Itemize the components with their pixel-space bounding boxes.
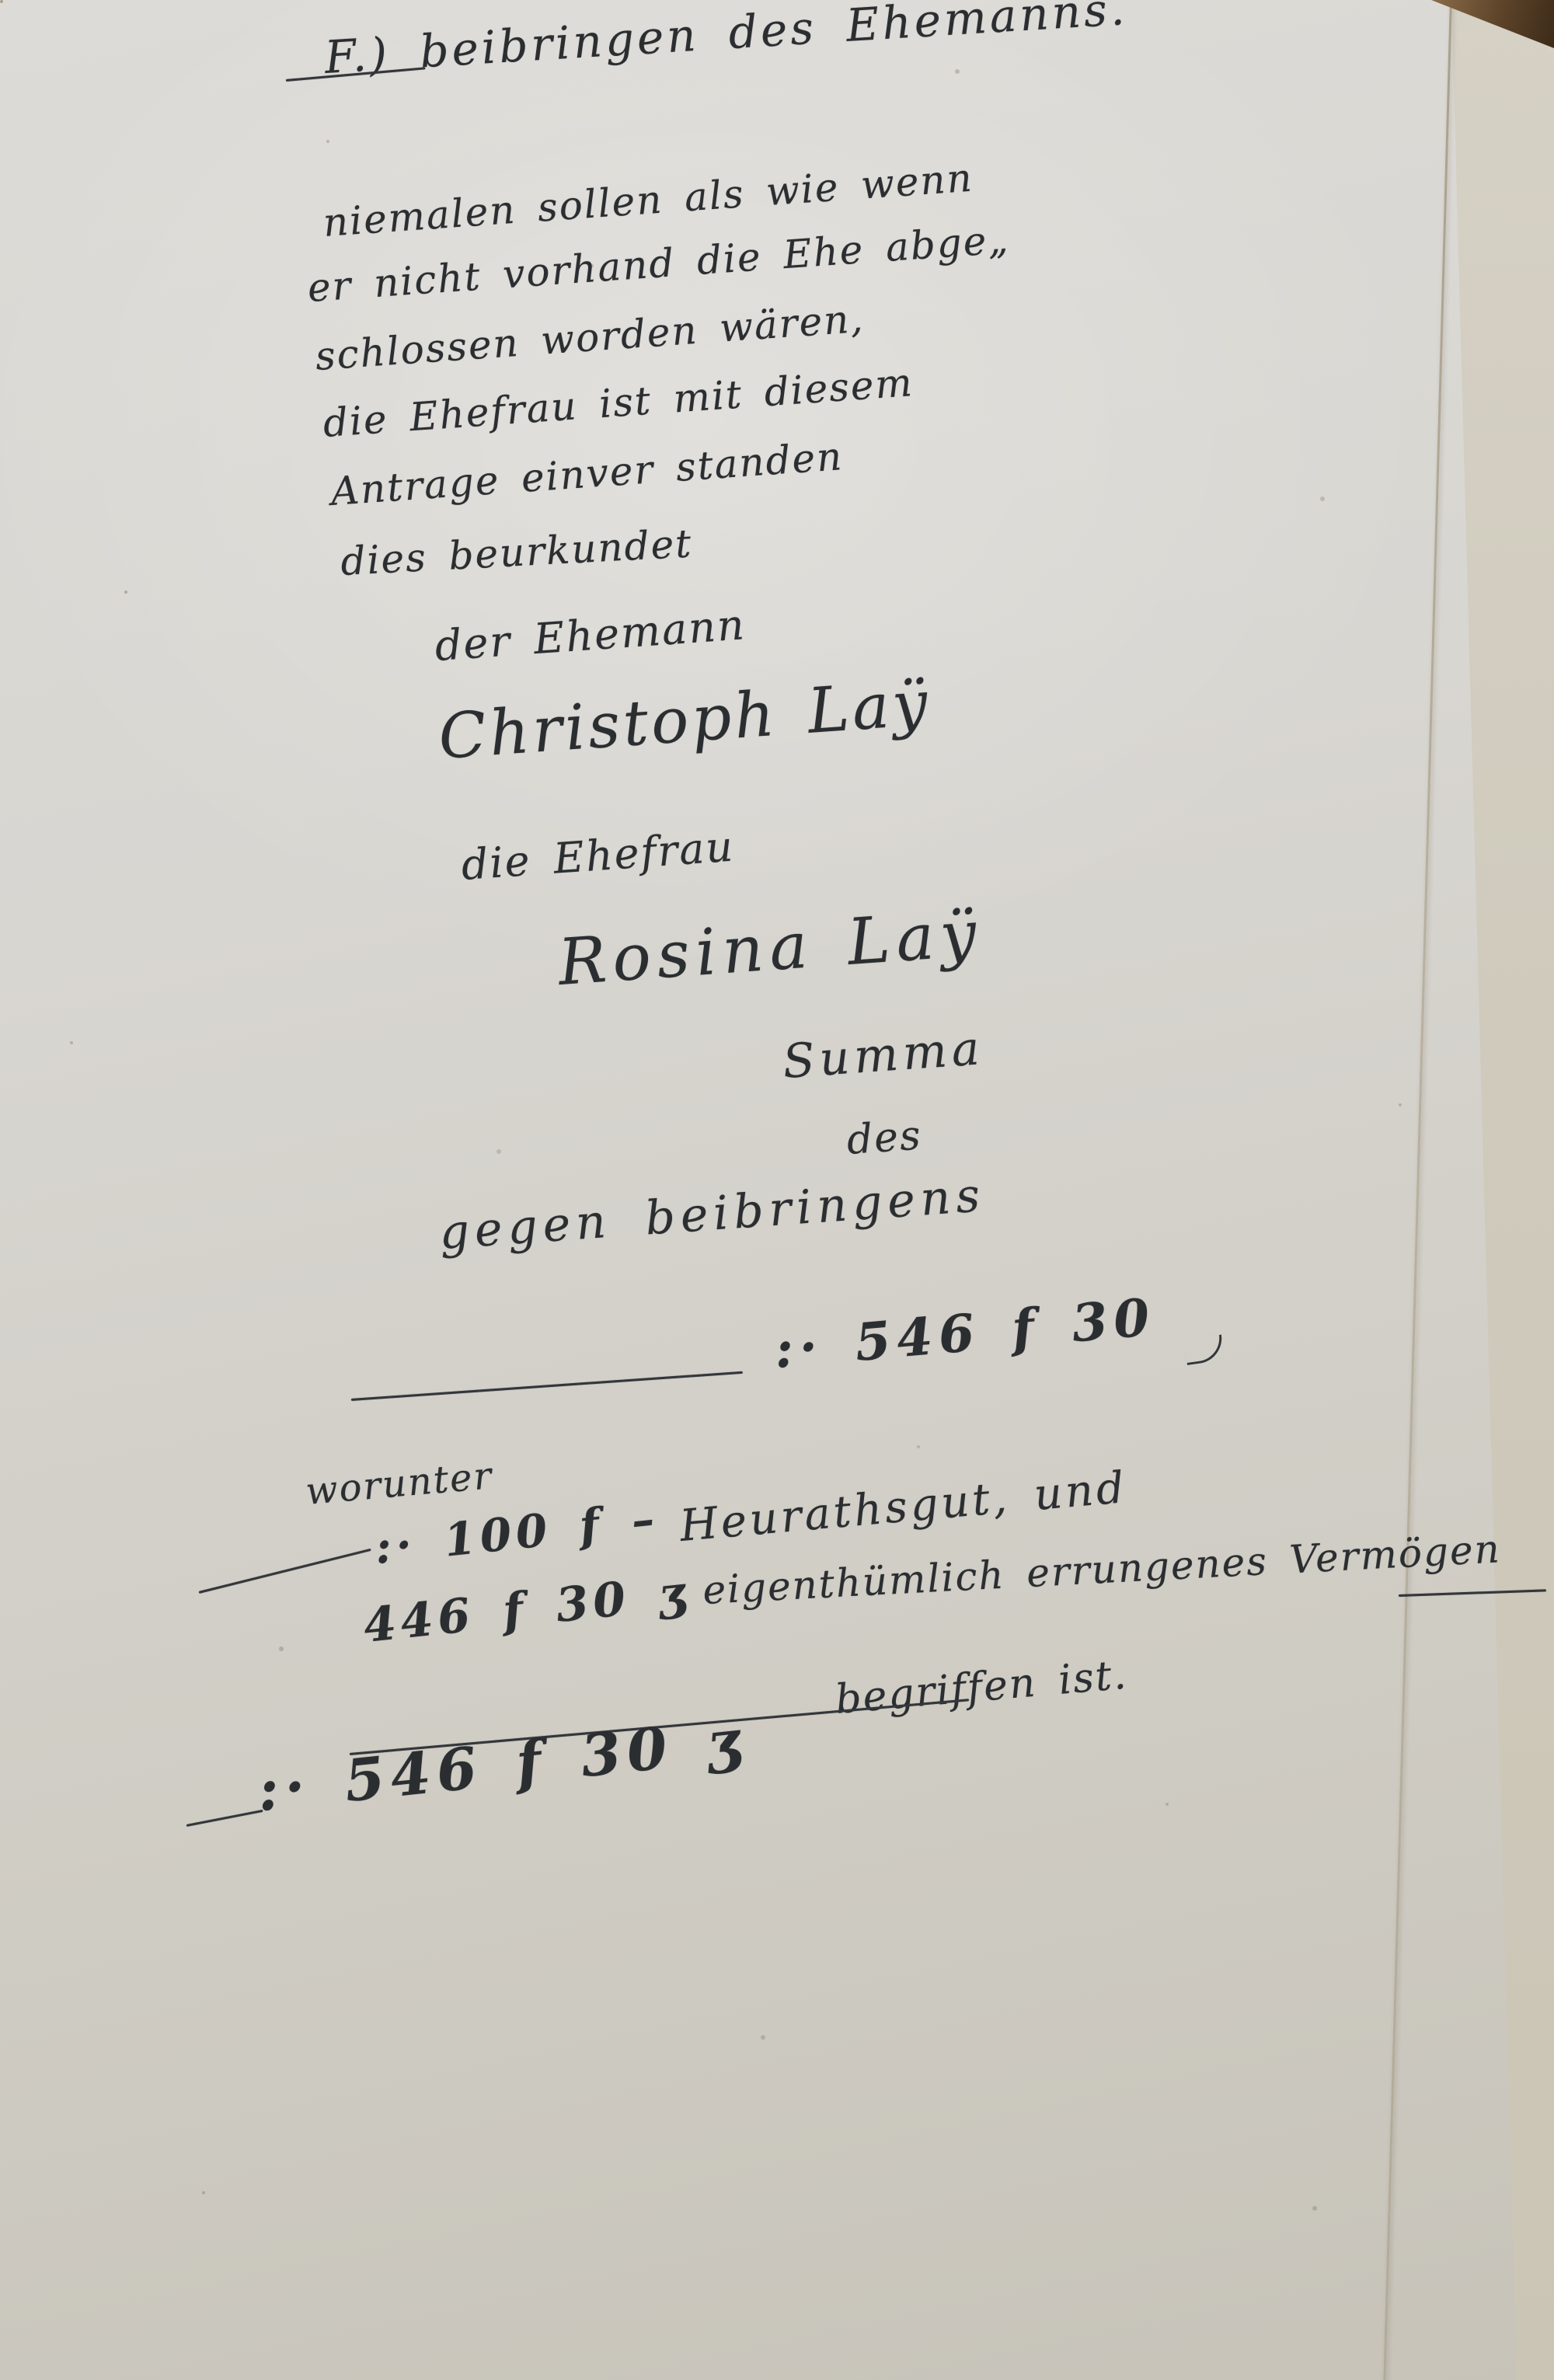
heirathsgut-label: Heurathsgut, und [678,1462,1129,1552]
begriffen-ist: begriffen ist. [834,1651,1130,1723]
paper-specks [0,0,3,3]
final-total-amount: :· 546 f 30 ʒ [254,1706,749,1824]
heirathsgut-leader-rule [199,1549,371,1594]
page-edge [1383,0,1452,2380]
manuscript-page-photo: F.) beibringen des Ehemanns. niemalen so… [0,0,1554,2380]
wife-name: Rosina Laÿ [556,897,984,1000]
summa-word: Summa [781,1021,986,1089]
paragraph-line-5: Antrage einver standen [329,434,845,514]
paragraph-line-3: schlossen worden wären, [314,296,866,379]
worunter-word: worunter [304,1454,494,1514]
summa-des: des [845,1112,924,1164]
husband-label: der Ehemann [434,600,747,671]
section-heading: F.) beibringen des Ehemanns. [323,0,1129,84]
paragraph-line-6: dies beurkundet [340,521,694,584]
summa-leader-rule [351,1371,743,1401]
summa-total-flourish [1183,1335,1225,1365]
wife-label: die Ehefrau [460,822,736,890]
husband-name: Christoph Laÿ [437,667,933,773]
errungen-amount: 446 f 30 ʒ [361,1565,692,1653]
paragraph-line-4: die Ehefrau ist mit diesem [322,360,915,446]
final-total-leader [186,1810,263,1827]
summa-total-amount: :· 546 f 30 [772,1286,1158,1380]
summa-gegen-beibringens: gegen beibringens [437,1168,987,1260]
heirathsgut-amount: :· 100 f – [372,1492,661,1574]
